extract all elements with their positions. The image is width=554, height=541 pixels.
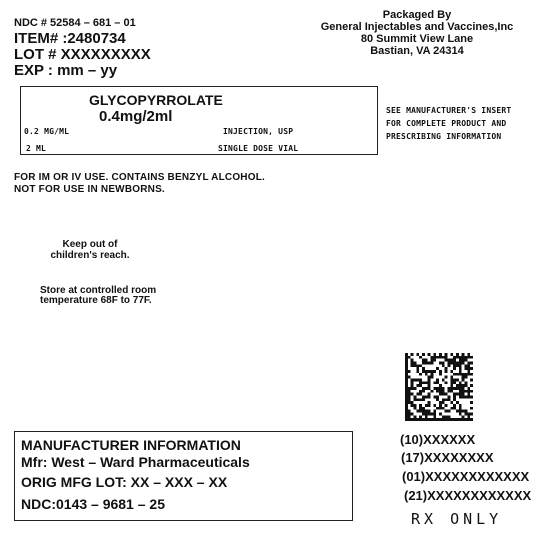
ndc-number: NDC # 52584 – 681 – 01 (14, 17, 136, 29)
insert-note-line: PRESCRIBING INFORMATION (386, 130, 511, 143)
dosage-form: INJECTION, USP (223, 127, 293, 136)
fill-volume: 2 ML (26, 144, 46, 153)
packager-street: 80 Summit View Lane (316, 33, 518, 45)
insert-note-line: FOR COMPLETE PRODUCT AND (386, 117, 511, 130)
storage-line: temperature 68F to 77F. (40, 296, 156, 306)
lot-number: LOT # XXXXXXXXX (14, 46, 151, 63)
original-lot: ORIG MFG LOT: XX – XXX – XX (21, 474, 227, 490)
manufacturer-box: MANUFACTURER INFORMATION Mfr: West – War… (14, 431, 353, 521)
drug-name: GLYCOPYRROLATE (89, 92, 223, 108)
keep-out-line: children's reach. (42, 250, 138, 261)
warning-line: NOT FOR USE IN NEWBORNS. (14, 184, 265, 196)
rx-only-label: RX ONLY (411, 510, 502, 528)
manufacturer-title: MANUFACTURER INFORMATION (21, 437, 241, 453)
product-box: GLYCOPYRROLATE 0.4mg/2ml 0.2 MG/ML 2 ML … (20, 86, 378, 155)
gs1-serial: (21)XXXXXXXXXXXX (404, 488, 531, 503)
drug-strength: 0.4mg/2ml (99, 108, 172, 125)
insert-note-line: SEE MANUFACTURER'S INSERT (386, 104, 511, 117)
packager-info: Packaged By General Injectables and Vacc… (316, 9, 518, 57)
drug-concentration: 0.2 MG/ML (24, 127, 69, 136)
keep-out-of-reach-note: Keep out of children's reach. (42, 239, 138, 261)
packager-heading: Packaged By (316, 9, 518, 21)
packager-company: General Injectables and Vaccines,Inc (316, 21, 518, 33)
warning-line: FOR IM OR IV USE. CONTAINS BENZYL ALCOHO… (14, 172, 265, 184)
manufacturer-name: Mfr: West – Ward Pharmaceuticals (21, 454, 250, 470)
datamatrix-barcode-icon (404, 353, 474, 421)
keep-out-line: Keep out of (42, 239, 138, 250)
item-number: ITEM# :2480734 (14, 30, 126, 47)
storage-note: Store at controlled room temperature 68F… (40, 286, 156, 306)
gs1-gtin: (01)XXXXXXXXXXXX (402, 469, 529, 484)
expiration-date: EXP : mm – yy (14, 62, 117, 79)
packager-city: Bastian, VA 24314 (316, 45, 518, 57)
manufacturer-ndc: NDC:0143 – 9681 – 25 (21, 496, 165, 512)
usage-warning: FOR IM OR IV USE. CONTAINS BENZYL ALCOHO… (14, 172, 265, 196)
vial-type: SINGLE DOSE VIAL (218, 144, 298, 153)
insert-note: SEE MANUFACTURER'S INSERT FOR COMPLETE P… (386, 104, 511, 143)
gs1-expiration: (17)XXXXXXXX (401, 450, 494, 465)
gs1-batch-lot: (10)XXXXXX (400, 432, 475, 447)
